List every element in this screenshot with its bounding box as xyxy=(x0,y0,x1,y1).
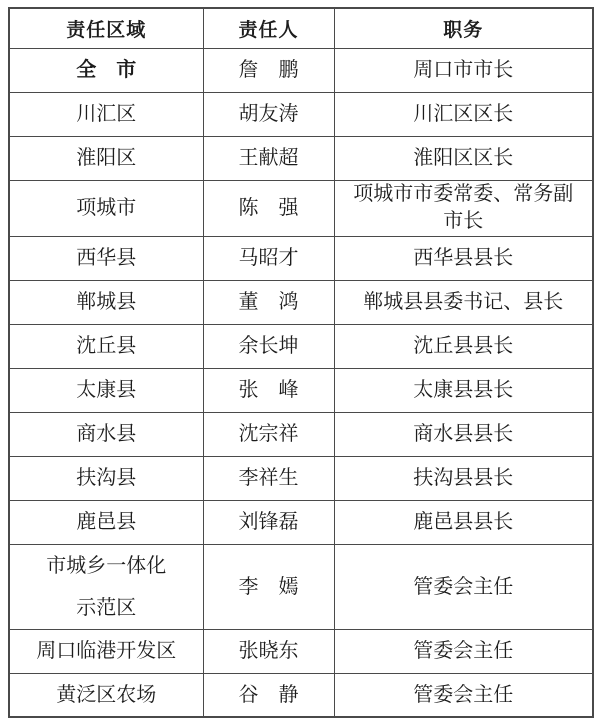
table-row: 黄泛区农场 谷 静 管委会主任 xyxy=(9,673,593,717)
person-cell: 胡友涛 xyxy=(203,92,334,136)
person-cell: 沈宗祥 xyxy=(203,412,334,456)
title-cell: 西华县县长 xyxy=(334,236,593,280)
title-cell: 管委会主任 xyxy=(334,544,593,629)
person-cell: 谷 静 xyxy=(203,673,334,717)
region-cell: 鹿邑县 xyxy=(9,500,203,544)
title-cell: 管委会主任 xyxy=(334,673,593,717)
title-cell: 项城市市委常委、常务副 市长 xyxy=(334,180,593,236)
page: 责任区域 责任人 职务 全 市 詹 鹏 周口市市长 川汇区 胡友涛 川汇区区长 … xyxy=(0,0,600,702)
person-cell: 董 鸿 xyxy=(203,280,334,324)
person-cell: 余长坤 xyxy=(203,324,334,368)
title-cell: 川汇区区长 xyxy=(334,92,593,136)
region-cell: 淮阳区 xyxy=(9,136,203,180)
table-row: 项城市 陈 强 项城市市委常委、常务副 市长 xyxy=(9,180,593,236)
table-row: 扶沟县 李祥生 扶沟县县长 xyxy=(9,456,593,500)
region-cell: 太康县 xyxy=(9,368,203,412)
table-row: 川汇区 胡友涛 川汇区区长 xyxy=(9,92,593,136)
title-cell: 郸城县县委书记、县长 xyxy=(334,280,593,324)
table-row: 太康县 张 峰 太康县县长 xyxy=(9,368,593,412)
table-row: 沈丘县 余长坤 沈丘县县长 xyxy=(9,324,593,368)
column-header-region: 责任区域 xyxy=(9,8,203,48)
table-row: 淮阳区 王献超 淮阳区区长 xyxy=(9,136,593,180)
person-cell: 刘锋磊 xyxy=(203,500,334,544)
person-cell: 李祥生 xyxy=(203,456,334,500)
header-row: 责任区域 责任人 职务 xyxy=(9,8,593,48)
table-body: 全 市 詹 鹏 周口市市长 川汇区 胡友涛 川汇区区长 淮阳区 王献超 淮阳区区… xyxy=(9,48,593,717)
title-cell: 淮阳区区长 xyxy=(334,136,593,180)
region-cell: 西华县 xyxy=(9,236,203,280)
region-cell: 黄泛区农场 xyxy=(9,673,203,717)
person-cell: 陈 强 xyxy=(203,180,334,236)
title-cell: 商水县县长 xyxy=(334,412,593,456)
title-cell: 管委会主任 xyxy=(334,629,593,673)
region-cell: 沈丘县 xyxy=(9,324,203,368)
title-cell: 扶沟县县长 xyxy=(334,456,593,500)
title-cell: 鹿邑县县长 xyxy=(334,500,593,544)
responsibility-table: 责任区域 责任人 职务 全 市 詹 鹏 周口市市长 川汇区 胡友涛 川汇区区长 … xyxy=(8,7,594,718)
region-cell: 全 市 xyxy=(9,48,203,92)
region-cell: 扶沟县 xyxy=(9,456,203,500)
table-row: 周口临港开发区 张晓东 管委会主任 xyxy=(9,629,593,673)
table-row: 鹿邑县 刘锋磊 鹿邑县县长 xyxy=(9,500,593,544)
region-cell: 周口临港开发区 xyxy=(9,629,203,673)
region-cell: 川汇区 xyxy=(9,92,203,136)
table-row: 西华县 马昭才 西华县县长 xyxy=(9,236,593,280)
table-row: 市城乡一体化 示范区 李 嫣 管委会主任 xyxy=(9,544,593,629)
person-cell: 张 峰 xyxy=(203,368,334,412)
table-row: 郸城县 董 鸿 郸城县县委书记、县长 xyxy=(9,280,593,324)
person-cell: 李 嫣 xyxy=(203,544,334,629)
table-row: 商水县 沈宗祥 商水县县长 xyxy=(9,412,593,456)
region-cell: 市城乡一体化 示范区 xyxy=(9,544,203,629)
region-cell: 商水县 xyxy=(9,412,203,456)
region-cell: 项城市 xyxy=(9,180,203,236)
title-cell: 周口市市长 xyxy=(334,48,593,92)
title-cell: 沈丘县县长 xyxy=(334,324,593,368)
person-cell: 詹 鹏 xyxy=(203,48,334,92)
title-cell: 太康县县长 xyxy=(334,368,593,412)
column-header-person: 责任人 xyxy=(203,8,334,48)
person-cell: 马昭才 xyxy=(203,236,334,280)
column-header-title: 职务 xyxy=(334,8,593,48)
table-row: 全 市 詹 鹏 周口市市长 xyxy=(9,48,593,92)
person-cell: 王献超 xyxy=(203,136,334,180)
region-cell: 郸城县 xyxy=(9,280,203,324)
person-cell: 张晓东 xyxy=(203,629,334,673)
